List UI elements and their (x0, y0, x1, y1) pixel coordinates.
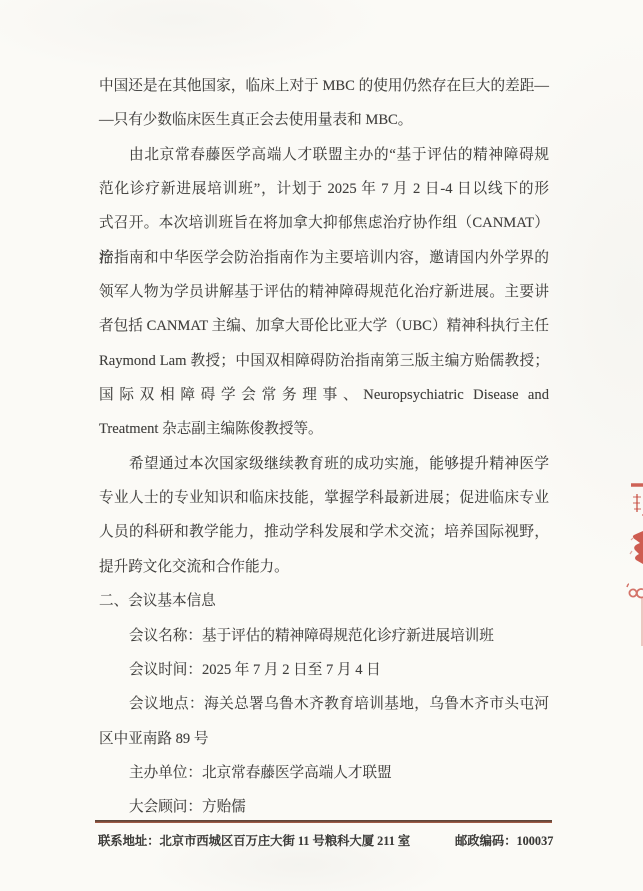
paragraph-mbc-line: 中国还是在其他国家，临床上对于 MBC 的使用仍然存在巨大的差距— (99, 69, 549, 103)
meeting-location-line: 会议地点：海关总署乌鲁木齐教育培训基地，乌鲁木齐市头屯河 (99, 687, 549, 721)
section-heading-basic-info: 二、会议基本信息 (99, 584, 549, 618)
red-seal-fragment-top (629, 482, 643, 518)
paragraph-goals-line: 人员的科研和教学能力，推动学科发展和学术交流；培养国际视野， (99, 515, 549, 549)
paragraph-goals-line: 希望通过本次国家级继续教育班的成功实施，能够提升精神医学 (99, 447, 549, 481)
meeting-location-line: 区中亚南路 89 号 (99, 722, 549, 756)
paragraph-training-line: 式召开。本次培训班旨在将加拿大抑郁焦虑治疗协作组（CANMAT）治 (99, 206, 549, 240)
paragraph-training-line: 领军人物为学员讲解基于评估的精神障碍规范化治疗新进展。主要讲 (99, 275, 549, 309)
paragraph-training-line: Raymond Lam 教授；中国双相障碍防治指南第三版主编方贻儒教授； (99, 344, 549, 378)
meeting-name-line: 会议名称：基于评估的精神障碍规范化诊疗新进展培训班 (99, 619, 549, 653)
paragraph-training-line: Treatment 杂志副主编陈俊教授等。 (99, 412, 549, 446)
paragraph-training-line: 国际双相障碍学会常务理事、Neuropsychiatric Disease an… (99, 378, 549, 412)
paragraph-mbc-line: —只有少数临床医生真正会去使用量表和 MBC。 (99, 103, 549, 137)
seal-strokes-icon (629, 482, 643, 518)
paragraph-training-line: 由北京常春藤医学高端人才联盟主办的“基于评估的精神障碍规 (99, 138, 549, 172)
paragraph-training-line: 疗指南和中华医学会防治指南作为主要培训内容，邀请国内外学界的 (99, 241, 549, 275)
paragraph-goals-line: 提升跨文化交流和合作能力。 (99, 550, 549, 584)
footer-divider (95, 820, 552, 823)
paragraph-training-line: 范化诊疗新进展培训班”，计划于 2025 年 7 月 2 日-4 日以线下的形 (99, 172, 549, 206)
paragraph-goals-line: 专业人士的专业知识和临床技能，掌握学科最新进展；促进临床专业 (99, 481, 549, 515)
organizer-line: 主办单位：北京常春藤医学高端人才联盟 (99, 756, 549, 790)
paragraph-training-line: 者包括 CANMAT 主编、加拿大哥伦比亚大学（UBC）精神科执行主任 (99, 309, 549, 343)
footer: 联系地址：北京市西城区百万庄大街 11 号粮科大厦 211 室 邮政编码：100… (98, 831, 558, 849)
document-body: 中国还是在其他国家，临床上对于 MBC 的使用仍然存在巨大的差距— —只有少数临… (99, 69, 549, 825)
scanned-document-page: 中国还是在其他国家，临床上对于 MBC 的使用仍然存在巨大的差距— —只有少数临… (0, 0, 643, 891)
footer-address: 联系地址：北京市西城区百万庄大街 11 号粮科大厦 211 室 (98, 834, 410, 848)
meeting-time-line: 会议时间：2025 年 7 月 2 日至 7 月 4 日 (99, 653, 549, 687)
seal-blob-icon (628, 531, 643, 565)
footer-postal-code: 邮政编码：100037 (455, 831, 553, 849)
red-seal-fragment-blob (628, 531, 643, 565)
